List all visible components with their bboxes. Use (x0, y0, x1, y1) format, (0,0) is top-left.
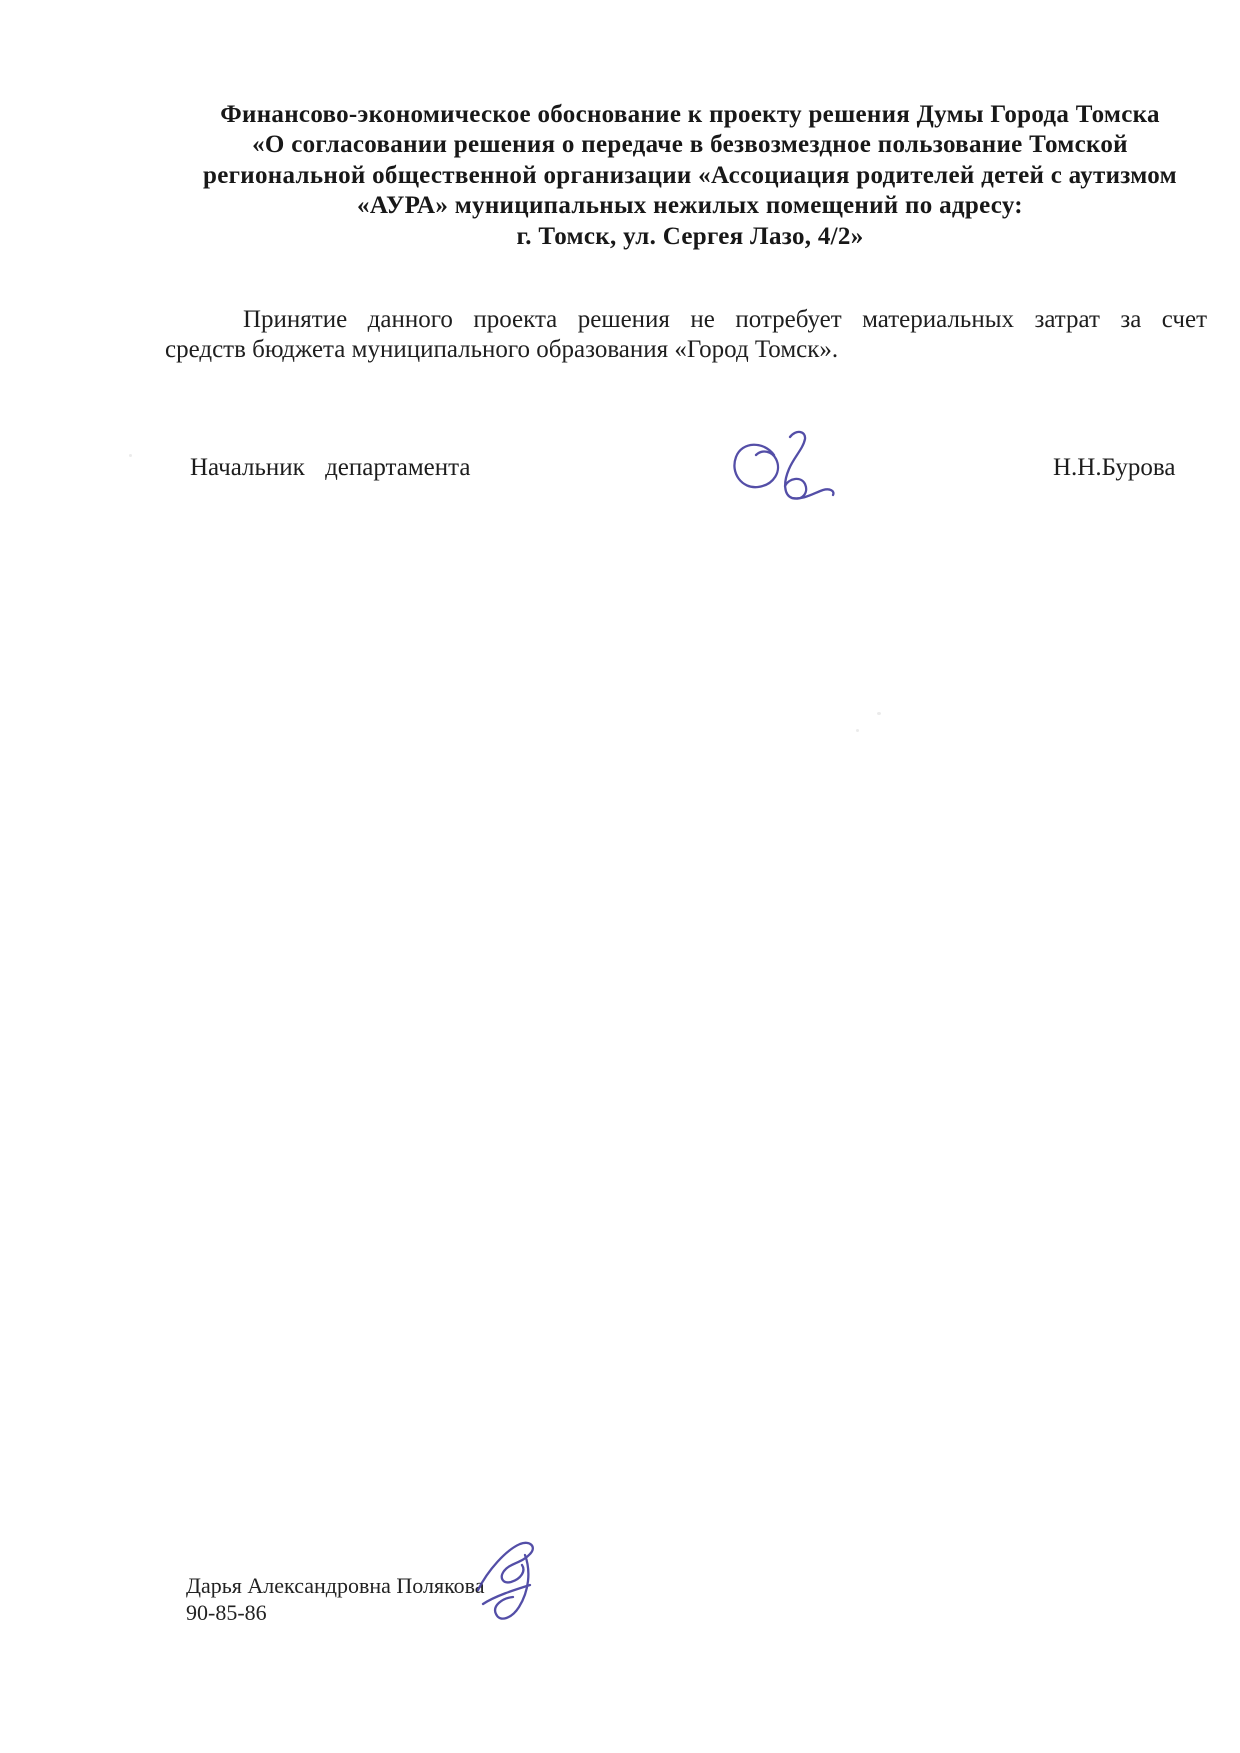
title-line-3: региональной общественной организации «А… (140, 161, 1240, 191)
position-title: Начальник департамента (190, 454, 470, 482)
title-line-1: Финансово-экономическое обоснование к пр… (140, 100, 1240, 130)
footer-executor-block: Дарья Александровна Полякова 90-85-86 (186, 1572, 485, 1626)
title-line-5: г. Томск, ул. Сергея Лазо, 4/2» (140, 222, 1240, 252)
title-line-4: «АУРА» муниципальных нежилых помещений п… (140, 191, 1240, 221)
document-page: Финансово-экономическое обоснование к пр… (0, 0, 1240, 1753)
executor-signature-icon (472, 1538, 554, 1630)
executor-name: Дарья Александровна Полякова (186, 1572, 485, 1599)
body-paragraph: Принятие данного проекта решения не потр… (165, 305, 1207, 365)
executor-phone: 90-85-86 (186, 1599, 485, 1626)
scan-speckle (129, 454, 132, 457)
document-title: Финансово-экономическое обоснование к пр… (140, 100, 1240, 252)
title-line-2: «О согласовании решения о передаче в без… (140, 130, 1240, 160)
body-line: Принятие данного проекта решения не потр… (165, 305, 1207, 335)
scan-speckle (856, 729, 859, 732)
scan-speckle (877, 712, 881, 715)
body-line: средств бюджета муниципального образован… (165, 335, 1207, 365)
director-signature-icon (726, 429, 841, 524)
signature-row: Начальник департамента Н.Н.Бурова (0, 452, 1240, 562)
signer-name: Н.Н.Бурова (1053, 454, 1175, 482)
